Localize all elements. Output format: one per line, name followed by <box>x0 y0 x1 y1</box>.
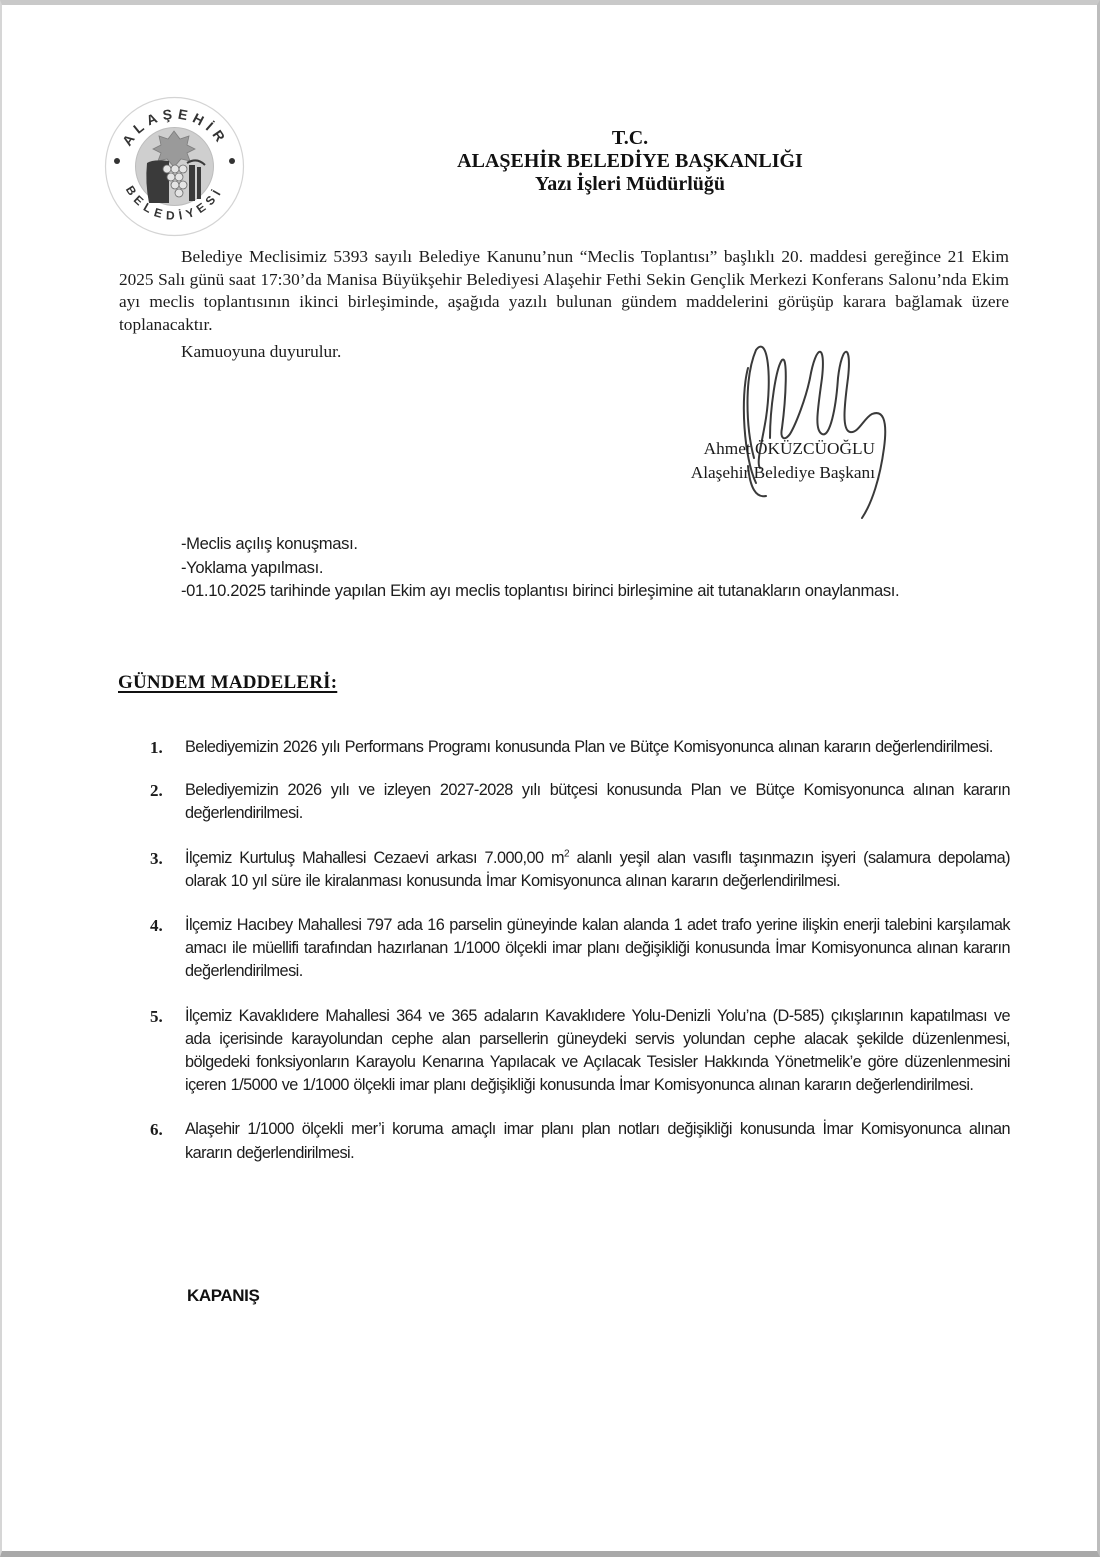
preliminary-item: -01.10.2025 tarihinde yapılan Ekim ayı m… <box>181 579 1009 603</box>
agenda-item: 4. İlçemiz Hacıbey Mahallesi 797 ada 16 … <box>150 914 1010 984</box>
agenda-item-number: 1. <box>150 736 163 759</box>
signature-icon <box>726 338 896 523</box>
signatory-block: Ahmet ÖKÜZCÜOĞLU Alaşehir Belediye Başka… <box>640 437 875 485</box>
agenda-item-number: 5. <box>150 1005 163 1028</box>
closing-heading: KAPANIŞ <box>187 1286 259 1306</box>
header-department: Yazı İşleri Müdürlüğü <box>380 173 880 196</box>
agenda-item-text: Alaşehir 1/1000 ölçekli mer’i koruma ama… <box>185 1120 1010 1161</box>
preliminary-items: -Meclis açılış konuşması. -Yoklama yapıl… <box>181 532 1009 603</box>
agenda-item-number: 3. <box>150 847 163 870</box>
agenda-title: GÜNDEM MADDELERİ: <box>118 672 337 694</box>
agenda-item-number: 6. <box>150 1118 163 1141</box>
preliminary-item: -Meclis açılış konuşması. <box>181 532 1009 556</box>
municipality-logo-icon: ALAŞEHİR BELEDİYESİ <box>103 95 246 238</box>
preliminary-item: -Yoklama yapılması. <box>181 556 1009 580</box>
agenda-item: 1. Belediyemizin 2026 yılı Performans Pr… <box>150 736 1010 759</box>
intro-text: Belediye Meclisimiz 5393 sayılı Belediye… <box>119 247 1009 334</box>
agenda-item: 2. Belediyemizin 2026 yılı ve izleyen 20… <box>150 779 1010 825</box>
agenda-item-text: İlçemiz Kurtuluş Mahallesi Cezaevi arkas… <box>185 849 1010 890</box>
agenda-item-text: İlçemiz Hacıbey Mahallesi 797 ada 16 par… <box>185 916 1010 980</box>
header-institution: ALAŞEHİR BELEDİYE BAŞKANLIĞI <box>380 150 880 173</box>
agenda-item-number: 4. <box>150 914 163 937</box>
letterhead: T.C. ALAŞEHİR BELEDİYE BAŞKANLIĞI Yazı İ… <box>380 127 880 196</box>
agenda-list: 1. Belediyemizin 2026 yılı Performans Pr… <box>150 736 1010 1165</box>
agenda-item: 3. İlçemiz Kurtuluş Mahallesi Cezaevi ar… <box>150 847 1010 893</box>
agenda-item: 6. Alaşehir 1/1000 ölçekli mer’i koruma … <box>150 1118 1010 1164</box>
intro-paragraph: Belediye Meclisimiz 5393 sayılı Belediye… <box>119 246 1009 336</box>
agenda-item-text-part: İlçemiz Kurtuluş Mahallesi Cezaevi arkas… <box>185 849 564 867</box>
agenda-item-number: 2. <box>150 779 163 802</box>
agenda-item-text: Belediyemizin 2026 yılı ve izleyen 2027-… <box>185 781 1010 822</box>
signatory-title: Alaşehir Belediye Başkanı <box>640 461 875 485</box>
agenda-item: 5. İlçemiz Kavaklıdere Mahallesi 364 ve … <box>150 1005 1010 1098</box>
agenda-item-text: Belediyemizin 2026 yılı Performans Progr… <box>185 738 993 756</box>
announcement: Kamuoyuna duyurulur. <box>181 341 341 363</box>
header-tc: T.C. <box>380 127 880 150</box>
signatory-name: Ahmet ÖKÜZCÜOĞLU <box>640 437 875 461</box>
agenda-item-text: İlçemiz Kavaklıdere Mahallesi 364 ve 365… <box>185 1007 1010 1095</box>
